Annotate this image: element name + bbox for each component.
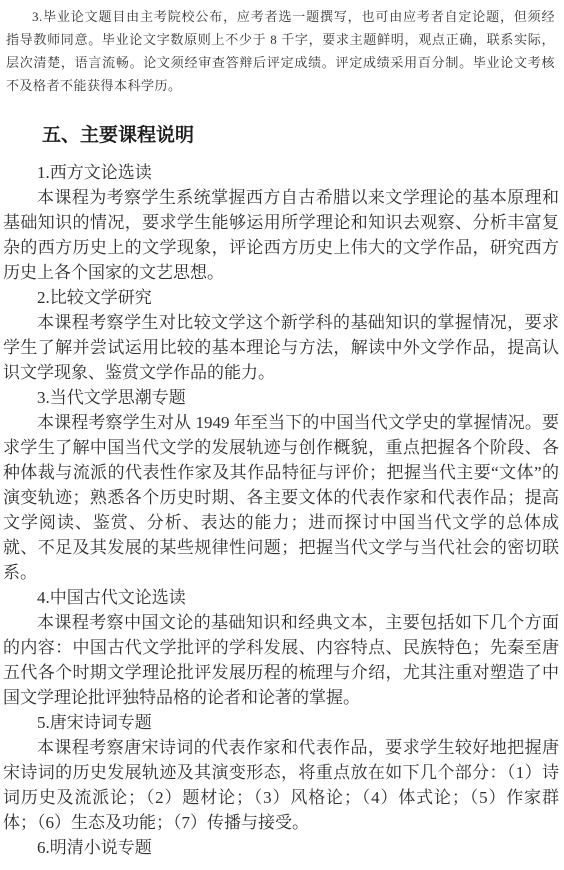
course-title-2: 2.比较文学研究	[3, 285, 559, 310]
course-description-4: 本课程考察中国文论的基础知识和经典文本，主要包括如下几个方面的内容：中国古代文学…	[3, 610, 559, 710]
course-title-1: 1.西方文论选读	[3, 160, 559, 185]
course-list: 1.西方文论选读 本课程为考察学生系统掌握西方自古希腊以来文学理论的基本原理和基…	[3, 160, 559, 860]
course-description-2: 本课程考察学生对比较文学这个新学科的基础知识的掌握情况，要求学生了解并尝试运用比…	[3, 310, 559, 385]
course-title-6: 6.明清小说专题	[3, 835, 559, 860]
course-title-5: 5.唐宋诗词专题	[3, 710, 559, 735]
course-description-5: 本课程考察唐宋诗词的代表作家和代表作品，要求学生较好地把握唐宋诗词的历史发展轨迹…	[3, 735, 559, 835]
section-heading: 五、主要课程说明	[4, 124, 558, 148]
course-title-3: 3.当代文学思潮专题	[3, 385, 559, 410]
course-title-4: 4.中国古代文论选读	[3, 585, 559, 610]
intro-paragraph: 3.毕业论文题目由主考院校公布，应考者选一题撰写，也可由应考者自定论题，但须经指…	[6, 5, 555, 97]
course-description-1: 本课程为考察学生系统掌握西方自古希腊以来文学理论的基本原理和基础知识的情况，要求…	[3, 185, 559, 285]
document-page: 3.毕业论文题目由主考院校公布，应考者选一题撰写，也可由应考者自定论题，但须经指…	[0, 0, 564, 870]
course-description-3: 本课程考察学生对从 1949 年至当下的中国当代文学史的掌握情况。要求学生了解中…	[3, 410, 559, 585]
